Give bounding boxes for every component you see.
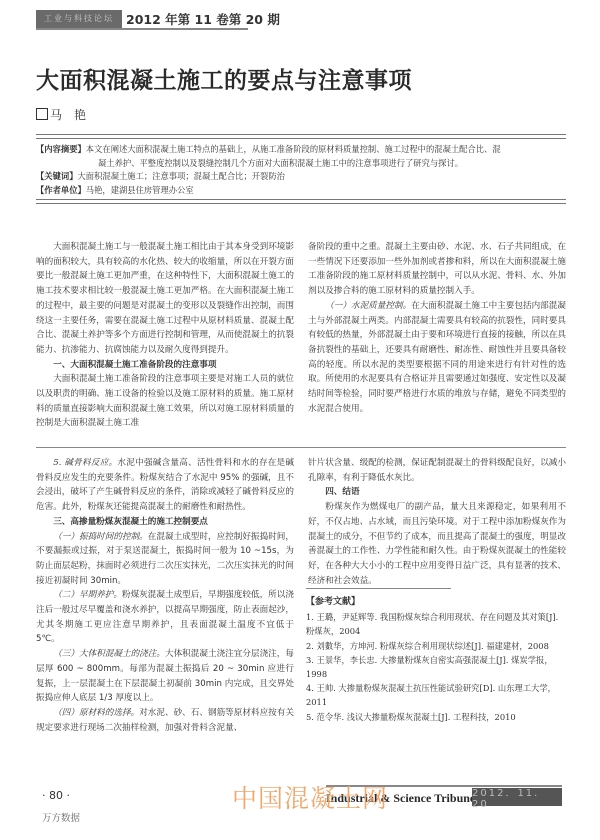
source-label: 万方数据 bbox=[42, 810, 80, 824]
alkali-lead: 5. 碱骨料反应。 bbox=[53, 458, 117, 468]
vibration-paragraph: （一）振捣时间的控制。在混凝土成型时，应控制好振捣时间，不要漏振或过振，对于泵送… bbox=[36, 530, 294, 589]
cement-quality-text: 在大面积混凝土施工中主要包括内部混凝土与外部混凝土两类。内部混凝土需要具有较高的… bbox=[308, 301, 566, 414]
author-box-icon bbox=[36, 108, 48, 120]
curing-paragraph: （二）早期养护。粉煤灰混凝土成型后，早期强度较低，所以浇注后一般过尽早覆盖和浇水… bbox=[36, 588, 294, 647]
reference-item: 3. 王景华，李长忠. 大掺量粉煤灰自密实高强混凝土[J]. 煤炭学报，1998 bbox=[306, 653, 566, 681]
section-heading-4: 四、结语 bbox=[308, 485, 566, 500]
article-meta: 【内容摘要】本文在阐述大面积混凝土施工特点的基础上，从施工准备阶段的原材料质量控… bbox=[36, 143, 566, 197]
site-watermark: 中国混凝土网 bbox=[232, 779, 388, 815]
references-divider bbox=[306, 588, 451, 589]
reference-item: 5. 范令华. 浅议大掺量粉煤灰混凝土[J]. 工程科技，2010 bbox=[306, 710, 566, 724]
pouring-paragraph: （三）大体积混凝土的浇注。大体积混凝土浇注宜分层浇注，每层厚 600 ~ 800… bbox=[36, 647, 294, 706]
title-divider bbox=[36, 134, 566, 139]
body-bottom-right-column: 针片状含量、级配的检测，保证配制混凝土的骨料级配良好，以减小孔隙率，有利于降低水… bbox=[308, 456, 566, 588]
abstract: 【内容摘要】本文在阐述大面积混凝土施工特点的基础上，从施工准备阶段的原材料质量控… bbox=[36, 143, 566, 157]
affiliation-label: 【作者单位】 bbox=[36, 185, 86, 195]
materials-lead: （四）原材料的选择。 bbox=[53, 708, 139, 718]
body-bottom-left-column: 5. 碱骨料反应。水泥中强碱含量高、活性骨料和水的存在是碱骨料反应发生的充要条件… bbox=[36, 456, 294, 735]
journal-banner: 工业与科技论坛 bbox=[36, 10, 122, 28]
materials-paragraph: （四）原材料的选择。对水泥、砂、石、钢筋等原材料应按有关规定要求进行现场二次抽样… bbox=[36, 706, 294, 735]
keywords-text: 大面积混凝土施工；注意事项；混凝土配合比；开裂防治 bbox=[78, 171, 285, 181]
section-heading-3: 三、高掺量粉煤灰混凝土的施工控制要点 bbox=[36, 515, 294, 530]
section-1-paragraph: 大面积混凝土施工准备阶段的注意事项主要是对施工人员的就位以及职责的明确、施工设备… bbox=[36, 372, 294, 431]
section-heading-1: 一、大面积混凝土施工准备阶段的注意事项 bbox=[36, 358, 294, 373]
keywords-label: 【关键词】 bbox=[36, 171, 78, 181]
abstract-text-2: 凝土养护、平整度控制以及裂缝控制几个方面对大面积混凝土施工中的注意事项进行了研究… bbox=[98, 158, 463, 168]
cement-quality-lead: （一）水泥质量控制。 bbox=[325, 301, 411, 311]
meta-divider bbox=[36, 199, 566, 204]
alkali-paragraph: 5. 碱骨料反应。水泥中强碱含量高、活性骨料和水的存在是碱骨料反应发生的充要条件… bbox=[36, 456, 294, 515]
references-title: 【参考文献】 bbox=[306, 595, 566, 609]
reference-item: 4. 王帅. 大掺量粉煤灰混凝土抗压性能试验研究[D]. 山东理工大学，2011 bbox=[306, 681, 566, 709]
footer-date: 2012．11．20 bbox=[472, 788, 562, 806]
keywords: 【关键词】大面积混凝土施工；注意事项；混凝土配合比；开裂防治 bbox=[36, 170, 566, 184]
curing-lead: （二）早期养护。 bbox=[53, 590, 122, 600]
affiliation-text: 马艳，建湖县住房管理办公室 bbox=[86, 185, 194, 195]
materials-continued: 针片状含量、级配的检测，保证配制混凝土的骨料级配良好，以减小孔隙率，有利于降低水… bbox=[308, 456, 566, 485]
author-name: 马 艳 bbox=[50, 108, 86, 122]
references: 【参考文献】 1. 王璐，尹延辉等. 我国粉煤灰综合利用现状、存在问题及其对策[… bbox=[306, 595, 566, 724]
conclusion-paragraph: 粉煤灰作为燃煤电厂的副产品，量大且来源稳定，如果利用不好，不仅占地、占水域，而且… bbox=[308, 500, 566, 588]
body-top-right-column: 备阶段的重中之重。混凝土主要由砂、水泥、水、石子共同组成，在一些情况下还要添加一… bbox=[308, 240, 566, 416]
reference-item: 1. 王璐，尹延辉等. 我国粉煤灰综合利用现状、存在问题及其对策[J]. 粉煤灰… bbox=[306, 610, 566, 638]
reference-item: 2. 刘數华，方坤河. 粉煤灰综合利用现状综述[J]. 福建建材，2008 bbox=[306, 639, 566, 653]
pouring-lead: （三）大体积混凝土的浇注。 bbox=[53, 649, 165, 659]
author-line: 马 艳 bbox=[36, 106, 86, 123]
article-title: 大面积混凝土施工的要点与注意事项 bbox=[36, 62, 412, 95]
affiliation: 【作者单位】马艳，建湖县住房管理办公室 bbox=[36, 184, 566, 198]
cement-quality-paragraph: （一）水泥质量控制。在大面积混凝土施工中主要包括内部混凝土与外部混凝土两类。内部… bbox=[308, 299, 566, 417]
intro-paragraph: 大面积混凝土施工与一般混凝土施工相比由于其本身受到环境影响的面积较大，具有较高的… bbox=[36, 240, 294, 358]
issue-info: 2012 年第 11 卷第 20 期 bbox=[126, 10, 280, 28]
section-divider bbox=[36, 447, 566, 448]
vibration-lead: （一）振捣时间的控制。 bbox=[53, 532, 148, 542]
section-1-continued: 备阶段的重中之重。混凝土主要由砂、水泥、水、石子共同组成，在一些情况下还要添加一… bbox=[308, 240, 566, 299]
abstract-text-1: 本文在阐述大面积混凝土施工特点的基础上，从施工准备阶段的原材料质量控制、施工过程… bbox=[86, 144, 501, 154]
abstract-label: 【内容摘要】 bbox=[36, 144, 86, 154]
abstract-continued: 凝土养护、平整度控制以及裂缝控制几个方面对大面积混凝土施工中的注意事项进行了研究… bbox=[36, 157, 566, 171]
body-top-left-column: 大面积混凝土施工与一般混凝土施工相比由于其本身受到环境影响的面积较大，具有较高的… bbox=[36, 240, 294, 431]
header-divider bbox=[36, 28, 248, 30]
page-number: · 80 · bbox=[42, 789, 70, 802]
journal-header: 工业与科技论坛 2012 年第 11 卷第 20 期 bbox=[36, 9, 280, 28]
